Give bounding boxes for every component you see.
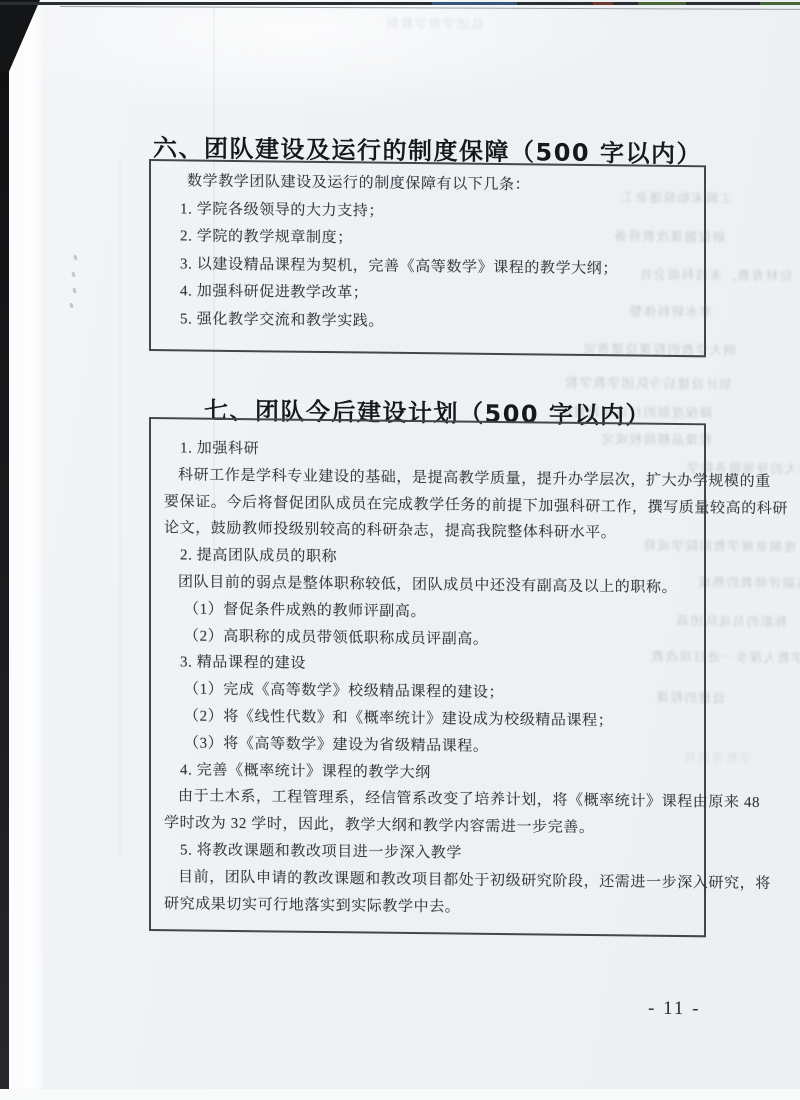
scanner-top-edge <box>0 2 800 5</box>
page-content: 队团学教学数据工辑末始验逐杂工研促题课改教将备位材育教，末技科面会社率水研科体整… <box>0 0 800 1100</box>
paper-bottom-edge <box>0 1089 800 1100</box>
scan-color-speck <box>432 2 517 5</box>
bleedthrough-text-line: 高副评师教的熟成 <box>697 572 800 591</box>
scan-color-speck <box>638 2 686 5</box>
scanner-left-edge <box>0 0 9 1100</box>
bleedthrough-text-line: 队团学教学数据 <box>385 14 483 33</box>
scan-color-speck <box>593 2 613 5</box>
section7-box: 1. 加强科研科研工作是学科专业建设的基础，是提高教学质量，提升办学层次，扩大办… <box>149 417 706 937</box>
section6-box: 数学教学团队建设及运行的制度保障有以下几条：1. 学院各级领导的大力支持；2. … <box>149 159 706 357</box>
section6-text: 数学教学团队建设及运行的制度保障有以下几条：1. 学院各级领导的大力支持；2. … <box>151 161 704 339</box>
scanned-page: 队团学教学数据工辑末始验逐杂工研促题课改教将备位材育教，末技科面会社率水研科体整… <box>0 0 800 1100</box>
page-number: - 11 - <box>648 998 700 1021</box>
text-line: 5. 强化教学交流和教学实践。 <box>164 306 694 340</box>
scan-color-speck <box>760 2 800 5</box>
bleedthrough-text-line: 划计设建后今队团学教学数 <box>564 373 732 393</box>
section7-text: 1. 加强科研科研工作是学科专业建设的基础，是提高教学质量，提升办学层次，扩大办… <box>151 419 704 924</box>
